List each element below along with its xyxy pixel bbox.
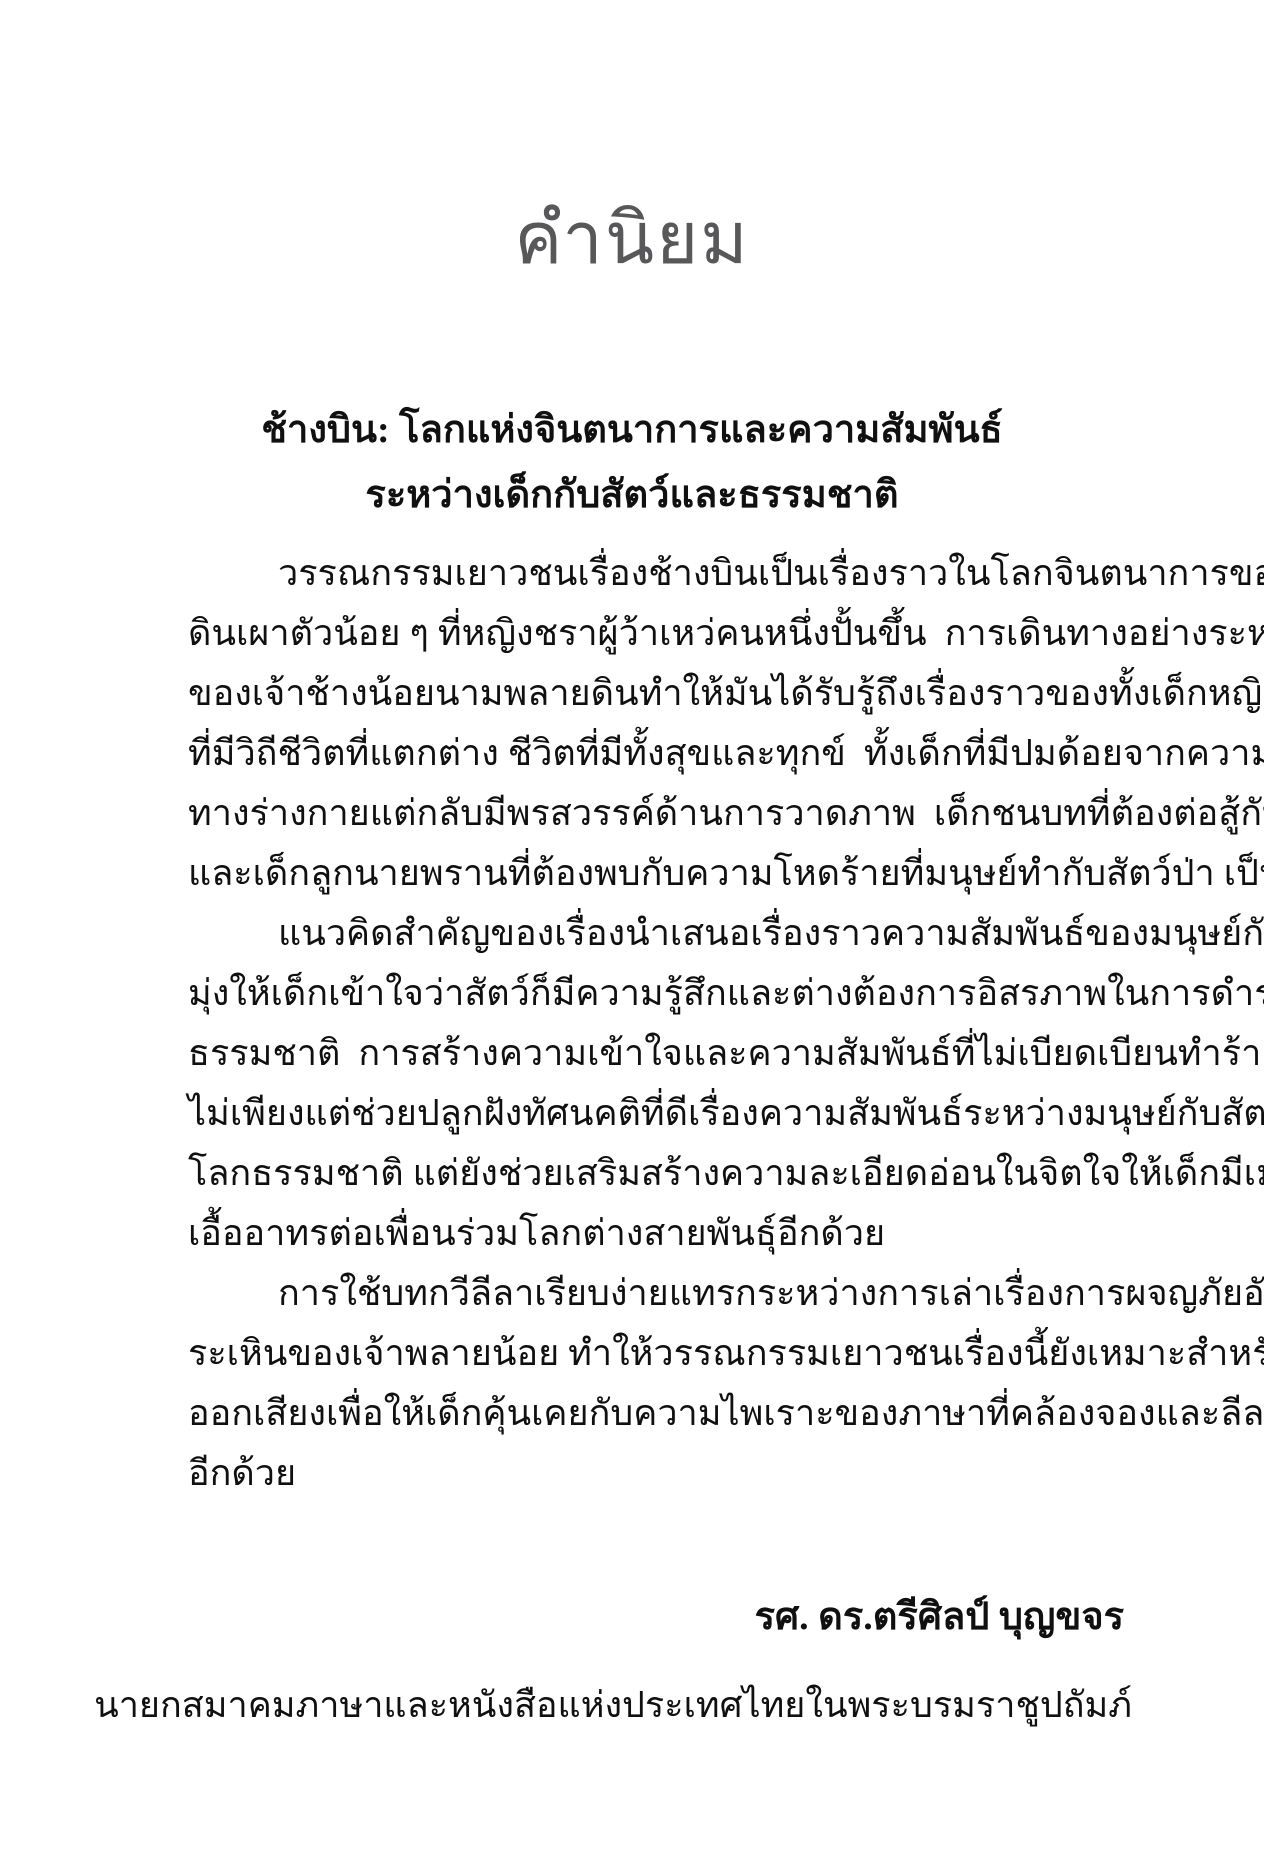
text-line: ดินเผาตัวน้อย ๆ ที่หญิงชราผู้ว้าเหว่คนหน… (188, 603, 1118, 663)
text-line: วรรณกรรมเยาวชนเรื่องช้างบินเป็นเรื่องราว… (188, 543, 1118, 603)
text-line: แนวคิดสำคัญของเรื่องนำเสนอเรื่องราวความส… (188, 903, 1118, 963)
text-line: เอื้ออาทรต่อเพื่อนร่วมโลกต่างสายพันธุ์อี… (188, 1203, 1118, 1263)
body-text: วรรณกรรมเยาวชนเรื่องช้างบินเป็นเรื่องราว… (188, 543, 1118, 1503)
book-title: ช้างบิน: โลกแห่งจินตนาการและความสัมพันธ์… (0, 398, 1264, 528)
text-line: และเด็กลูกนายพรานที่ต้องพบกับความโหดร้าย… (188, 843, 1118, 903)
page-title: คำนิยม (0, 188, 1264, 288)
text-line: ธรรมชาติ การสร้างความเข้าใจและความสัมพัน… (188, 1023, 1118, 1083)
text-line: การใช้บทกวีลีลาเรียบง่ายแทรกระหว่างการเล… (188, 1263, 1118, 1323)
text-line: อีกด้วย (188, 1443, 1118, 1503)
text-line: ที่มีวิถีชีวิตที่แตกต่าง ชีวิตที่มีทั้งส… (188, 723, 1118, 783)
book-title-line2: ระหว่างเด็กกับสัตว์และธรรมชาติ (0, 463, 1264, 528)
text-line: โลกธรรมชาติ แต่ยังช่วยเสริมสร้างความละเอ… (188, 1143, 1118, 1203)
text-line: ของเจ้าช้างน้อยนามพลายดินทำให้มันได้รับร… (188, 663, 1118, 723)
document-page: คำนิยม ช้างบิน: โลกแห่งจินตนาการและความส… (0, 0, 1264, 1867)
text-line: ระเหินของเจ้าพลายน้อย ทำให้วรรณกรรมเยาวช… (188, 1323, 1118, 1383)
signature-name: รศ. ดร.ตรีศิลป์ บุญขจร (755, 1592, 1124, 1642)
text-line: ทางร่างกายแต่กลับมีพรสวรรค์ด้านการวาดภาพ… (188, 783, 1118, 843)
paragraph-3: การใช้บทกวีลีลาเรียบง่ายแทรกระหว่างการเล… (188, 1263, 1118, 1503)
signature-role: นายกสมาคมภาษาและหนังสือแห่งประเทศไทยในพร… (94, 1680, 1132, 1730)
paragraph-2: แนวคิดสำคัญของเรื่องนำเสนอเรื่องราวความส… (188, 903, 1118, 1263)
text-line: มุ่งให้เด็กเข้าใจว่าสัตว์ก็มีความรู้สึกแ… (188, 963, 1118, 1023)
book-title-line1: ช้างบิน: โลกแห่งจินตนาการและความสัมพันธ์ (0, 398, 1264, 463)
text-line: ออกเสียงเพื่อให้เด็กคุ้นเคยกับความไพเราะ… (188, 1383, 1118, 1443)
paragraph-1: วรรณกรรมเยาวชนเรื่องช้างบินเป็นเรื่องราว… (188, 543, 1118, 903)
text-line: ไม่เพียงแต่ช่วยปลูกฝังทัศนคติที่ดีเรื่อง… (188, 1083, 1118, 1143)
